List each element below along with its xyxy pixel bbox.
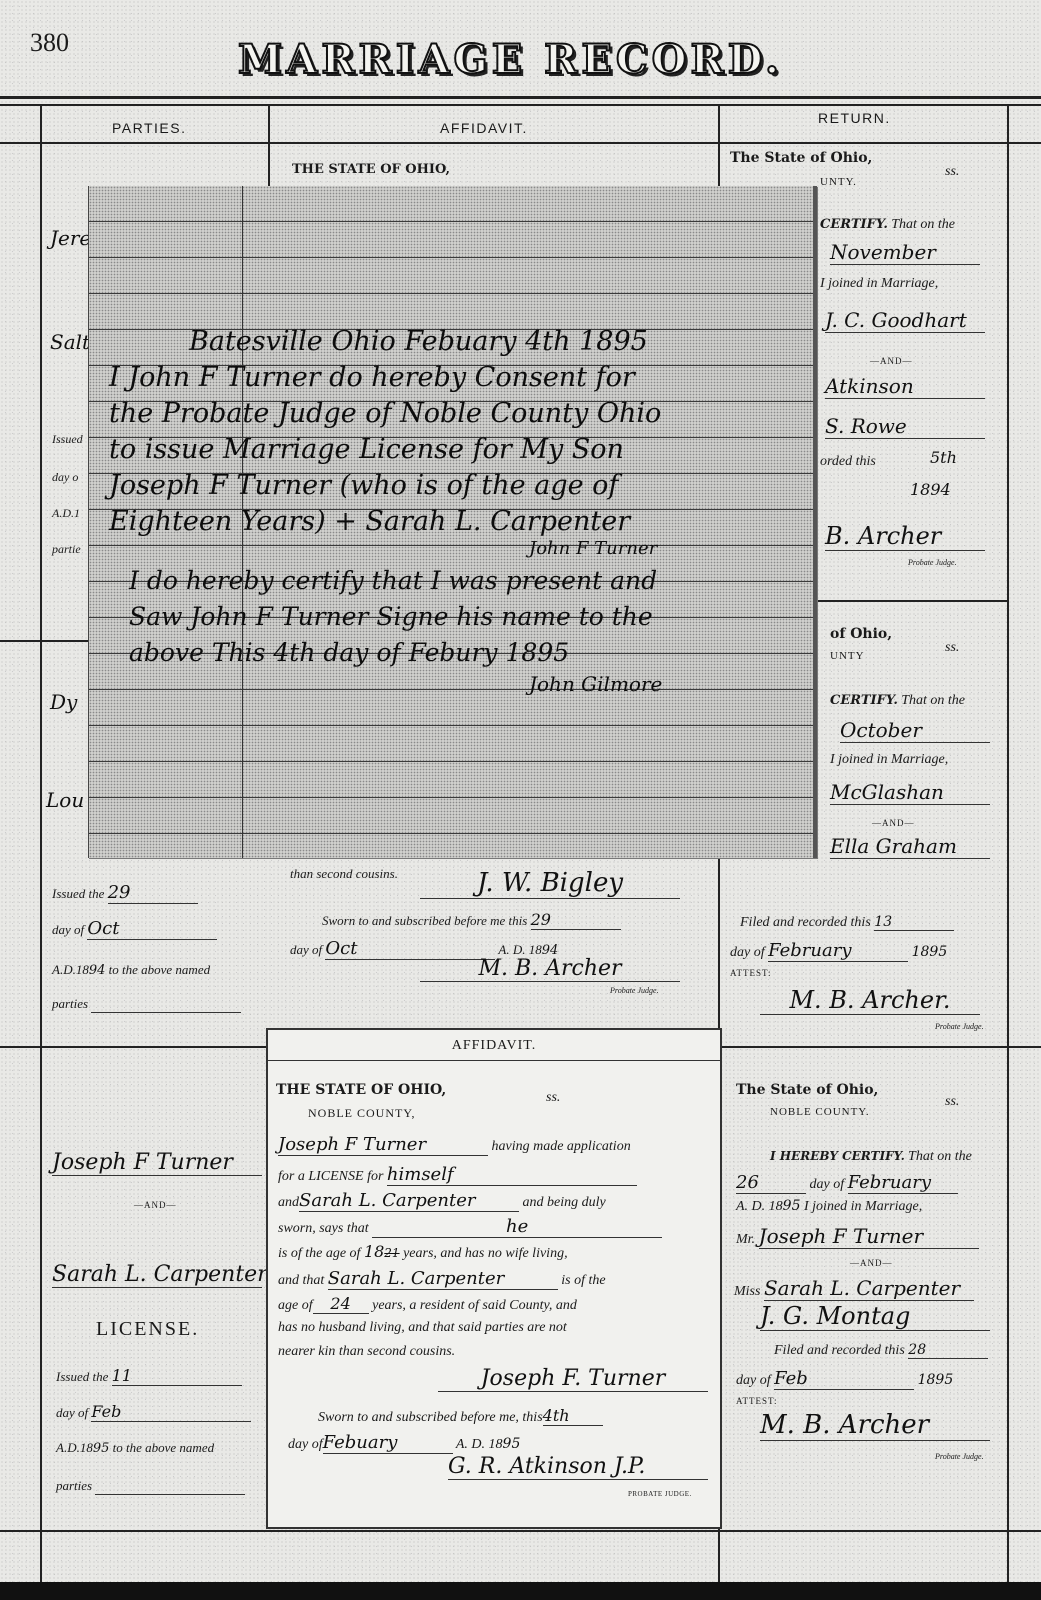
- record2-sworn: Sworn to and subscribed before me this: [322, 913, 527, 928]
- record3-sworn-year: 95: [503, 1436, 521, 1452]
- record3-license-heading: LICENSE.: [96, 1318, 199, 1341]
- record3-marriage-year: 95: [783, 1198, 801, 1214]
- record2-probate-judge: Probate Judge.: [935, 1022, 984, 1031]
- record3-dayof-label: day of: [56, 1405, 88, 1420]
- record2-dayof: day of: [290, 942, 322, 957]
- record2-filed-year: 1895: [912, 944, 948, 960]
- record3-parties: Joseph F Turner —AND— Sarah L. Carpenter…: [44, 1060, 264, 1520]
- record3-miss: Miss: [734, 1284, 760, 1299]
- record2-applicant-signature: J. W. Bigley: [420, 868, 680, 899]
- note-signature-john-turner: John F Turner: [529, 538, 657, 559]
- record2-groom-partial: Dy: [50, 690, 77, 714]
- record1-that-on-the: That on the: [891, 217, 955, 232]
- scan-edge: [0, 1582, 1041, 1600]
- record1-issued-partial: Issued: [52, 432, 83, 447]
- column-header-affidavit: AFFIDAVIT.: [440, 120, 528, 136]
- record2-affidavit-tail: than second cousins.: [290, 866, 398, 882]
- record3-probate-judge-return: Probate Judge.: [935, 1452, 984, 1461]
- record2-month: Oct: [87, 918, 217, 940]
- record1-recorded-label: orded this: [820, 454, 876, 470]
- note-line-5: Joseph F Turner (who is of the age of: [109, 470, 618, 501]
- record3-ad: A. D. 18: [456, 1437, 503, 1452]
- record3-return-ss: ss.: [945, 1094, 959, 1110]
- record1-certify: CERTIFY.: [820, 217, 888, 232]
- record3-age-label: age of: [278, 1298, 313, 1313]
- record2-ad: A. D. 18: [498, 942, 541, 957]
- record1-month: November: [830, 240, 980, 265]
- record2-joined: I joined in Marriage,: [830, 752, 948, 768]
- record3-having-made: having made application: [492, 1139, 631, 1154]
- record1-groom-partial: Jere: [50, 226, 91, 250]
- record3-filed-year: 1895: [918, 1372, 954, 1388]
- record1-dayof-partial: day o: [52, 470, 78, 485]
- record2-probate-judge: Probate Judge.: [610, 986, 659, 995]
- record3-marriage-day: 26: [736, 1172, 806, 1194]
- record2-month: October: [840, 718, 990, 743]
- record3-partner: Sarah L. Carpenter: [299, 1190, 519, 1212]
- record1-bride: Atkinson: [825, 374, 985, 399]
- record2-filed-dayof: day of: [730, 945, 765, 960]
- record2-attest-signature: M. B. Archer.: [760, 986, 980, 1015]
- record1-return-state: The State of Ohio,: [730, 150, 872, 166]
- record2-groom: McGlashan: [830, 780, 990, 805]
- page-title: MARRIAGE RECORD.: [238, 36, 783, 83]
- header-rule: [0, 96, 1041, 99]
- record3-no-wife: years, and has no wife living,: [403, 1246, 568, 1261]
- note-line-2: I John F Turner do hereby Consent for: [109, 362, 635, 393]
- record1-attest-signature: B. Archer: [825, 522, 985, 551]
- record3-nearer-kin: nearer kin than second cousins.: [278, 1344, 455, 1360]
- record3-year: 95: [93, 1441, 110, 1456]
- bottom-rule: [0, 1530, 1041, 1532]
- record3-no-husband: has no husband living, and that said par…: [278, 1320, 567, 1336]
- record2-above-named: to the above named: [109, 962, 210, 977]
- record2-and: —AND—: [872, 818, 915, 828]
- record3-resident: years, a resident of said County, and: [372, 1298, 577, 1313]
- note-line-9: Saw John F Turner Signe his name to the: [129, 602, 653, 631]
- note-line-3: the Probate Judge of Noble County Ohio: [109, 398, 661, 429]
- record1-parties-partial: partie: [52, 542, 81, 557]
- record2-judge-signature: M. B. Archer: [420, 956, 680, 982]
- record1-probate-judge: Probate Judge.: [908, 558, 957, 567]
- column-header-parties: PARTIES.: [112, 120, 187, 136]
- record3-ad: A. D. 18: [736, 1199, 783, 1214]
- record2-parties-label: parties: [52, 996, 88, 1011]
- record3-groom-age-struck: 21: [384, 1246, 399, 1260]
- record3-parties-label: parties: [56, 1478, 92, 1493]
- record3-ad-label: A.D.18: [56, 1440, 93, 1455]
- record2-return-county: UNTY: [830, 650, 865, 662]
- record2-filed-day: 13: [874, 914, 954, 931]
- record3-filed-day: 28: [908, 1342, 988, 1359]
- record3-return-bride: Sarah L. Carpenter: [764, 1276, 974, 1301]
- record3-and: —AND—: [134, 1200, 177, 1210]
- left-border: [40, 104, 42, 1584]
- record3-and-that: and that: [278, 1273, 324, 1288]
- note-line-1: Batesville Ohio Febuary 4th 1895: [189, 326, 648, 357]
- record2-dayof-label: day of: [52, 922, 84, 937]
- record3-sworn-says: sworn, says that: [278, 1221, 369, 1236]
- record3-bride-age: 24: [313, 1294, 369, 1314]
- record3-joined: I joined in Marriage,: [804, 1199, 922, 1214]
- column-header-return: RETURN.: [818, 110, 891, 126]
- record3-issued-day: 11: [112, 1366, 242, 1386]
- record1-recorded-year: 1894: [910, 480, 951, 499]
- record-divider-left: [0, 640, 90, 642]
- record1-return-county: UNTY.: [820, 176, 857, 188]
- note-line-10: above This 4th day of Febury 1895: [129, 638, 569, 667]
- record3-affidavit-county: NOBLE COUNTY,: [308, 1106, 415, 1121]
- record1-groom: J. C. Goodhart: [825, 308, 985, 333]
- record2-attest: ATTEST:: [730, 968, 772, 978]
- record2-return-ss: ss.: [945, 640, 959, 656]
- record3-attest: ATTEST:: [736, 1396, 778, 1406]
- record3-sworn-month: Febuary: [323, 1432, 453, 1454]
- record1-return-ss: ss.: [945, 164, 959, 180]
- record2-that-on-the: That on the: [901, 693, 965, 708]
- record3-applicant: Joseph F Turner: [278, 1134, 488, 1156]
- record3-official-signature: G. R. Atkinson J.P.: [448, 1454, 708, 1480]
- record3-sworn-day: 4th: [543, 1406, 603, 1426]
- record3-return-and: —AND—: [850, 1258, 893, 1268]
- record3-that-on-the: That on the: [908, 1149, 972, 1164]
- record2-filed-label: Filed and recorded this: [740, 915, 871, 930]
- record3-filed-dayof: day of: [736, 1373, 771, 1388]
- record3-dayof: day of: [288, 1437, 323, 1452]
- record3-return-groom: Joseph F Turner: [759, 1224, 979, 1249]
- note-line-6: Eighteen Years) + Sarah L. Carpenter: [109, 506, 630, 537]
- record2-bride-partial: Lou: [46, 788, 84, 812]
- record3-affidavit-ss: ss.: [546, 1090, 560, 1106]
- record2-bride: Ella Graham: [830, 834, 990, 859]
- record3-bride: Sarah L. Carpenter: [52, 1262, 262, 1288]
- record1-officiant: S. Rowe: [825, 414, 985, 439]
- record3-return-county: NOBLE COUNTY.: [770, 1106, 870, 1118]
- note-line-8: I do hereby certify that I was present a…: [129, 566, 657, 595]
- record3-probate-judge: PROBATE JUDGE.: [628, 1490, 692, 1498]
- record2-return-state: of Ohio,: [830, 626, 892, 642]
- record3-filed-label: Filed and recorded this: [774, 1343, 905, 1358]
- record3-and-label: and: [278, 1195, 299, 1210]
- right-border: [1007, 104, 1009, 1584]
- record1-bride-partial: Salt: [50, 330, 90, 354]
- record3-filed-month: Feb: [774, 1368, 914, 1390]
- record3-being-duly: and being duly: [523, 1195, 606, 1210]
- record3-groom-age: 18: [364, 1242, 384, 1261]
- record3-officiant: J. G. Montag: [760, 1302, 990, 1331]
- record3-certify: I HEREBY CERTIFY.: [770, 1149, 905, 1163]
- record3-issued-label: Issued the: [56, 1369, 108, 1384]
- record3-marriage-month: February: [848, 1172, 958, 1194]
- record3-above-named: to the above named: [113, 1440, 214, 1455]
- record1-recorded-day: 5th: [930, 448, 957, 467]
- record3-sworn: Sworn to and subscribed before me, this: [318, 1410, 543, 1425]
- record3-bride-name: Sarah L. Carpenter: [328, 1268, 558, 1290]
- record3-affidavit-state: THE STATE OF OHIO,: [276, 1082, 446, 1098]
- header-rule-2: [0, 104, 1041, 106]
- record3-month: Feb: [91, 1402, 251, 1422]
- consent-note: Batesville Ohio Febuary 4th 1895 I John …: [88, 186, 817, 858]
- record2-filed-month: February: [768, 940, 908, 962]
- note-signature-john-gilmore: John Gilmore: [529, 672, 662, 696]
- record2-year: 94: [89, 963, 106, 978]
- record1-ad-partial: A.D.1: [52, 506, 80, 521]
- record3-attest-signature: M. B. Archer: [760, 1410, 990, 1441]
- record3-groom: Joseph F Turner: [52, 1150, 262, 1176]
- record3-affidavit-form: AFFIDAVIT. THE STATE OF OHIO, NOBLE COUN…: [266, 1028, 722, 1529]
- record1-joined: I joined in Marriage,: [820, 276, 938, 292]
- record3-for-license: for a LICENSE for: [278, 1169, 383, 1184]
- record3-mr: Mr.: [736, 1232, 755, 1247]
- record3-is-of-the: is of the: [561, 1273, 605, 1288]
- note-line-4: to issue Marriage License for My Son: [109, 434, 624, 465]
- record2-issued-label: Issued the: [52, 886, 104, 901]
- column-header-rule: [0, 142, 1041, 144]
- record2-ad-label: A.D.18: [52, 962, 89, 977]
- record3-return-state: The State of Ohio,: [736, 1082, 878, 1098]
- record3-pronoun: he: [372, 1216, 662, 1238]
- record1-affidavit-state: THE STATE OF OHIO,: [292, 162, 450, 177]
- record3-applicant-signature: Joseph F. Turner: [438, 1366, 708, 1392]
- record3-age-of: is of the age of: [278, 1246, 360, 1261]
- record1-and: —AND—: [870, 356, 913, 366]
- record2-certify: CERTIFY.: [830, 693, 898, 708]
- record2-issued-day: 29: [108, 882, 198, 904]
- record2-sworn-day: 29: [531, 910, 621, 930]
- record3-affidavit-heading: AFFIDAVIT.: [268, 1038, 720, 1061]
- page-number: 380: [30, 28, 69, 58]
- record3-for-whom: himself: [387, 1164, 637, 1186]
- record3-dayof: day of: [810, 1177, 845, 1192]
